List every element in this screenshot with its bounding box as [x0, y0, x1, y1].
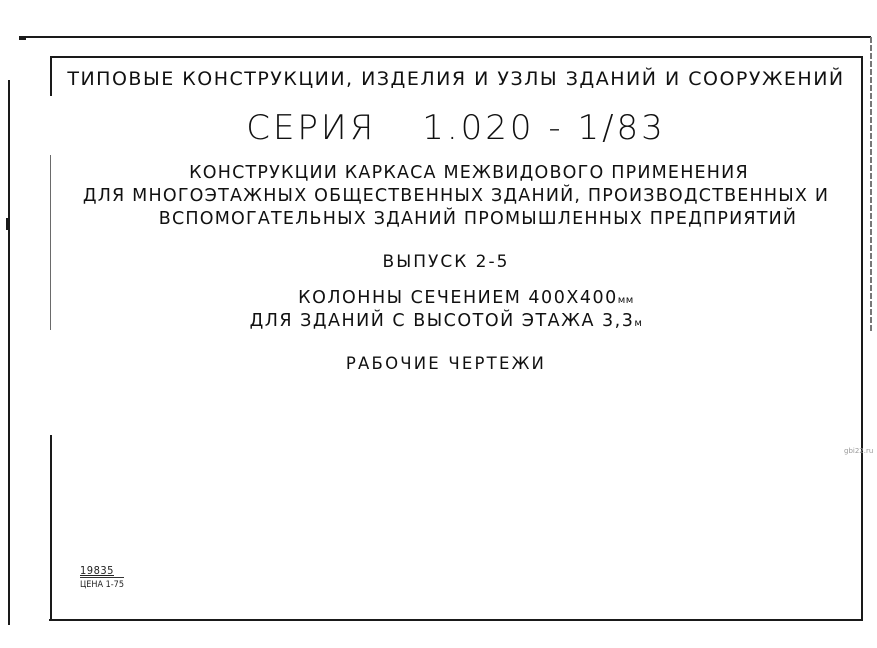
floor-height-unit: м	[634, 318, 642, 329]
price-label: ЦЕНА 1-75	[80, 577, 124, 591]
floor-height-line: ДЛЯ ЗДАНИЙ С ВЫСОТОЙ ЭТАЖА 3,3м	[40, 311, 852, 331]
outer-border-top-tick	[19, 36, 26, 40]
description-line-1: КОНСТРУКЦИИ КАРКАСА МЕЖВИДОВОГО ПРИМЕНЕН…	[63, 163, 875, 183]
issue-number: ВЫПУСК 2-5	[40, 252, 852, 272]
columns-section-text: КОЛОННЫ СЕЧЕНИЕМ 400Х400	[298, 288, 618, 308]
outer-border-left-mark	[6, 218, 10, 230]
columns-section-line: КОЛОННЫ СЕЧЕНИЕМ 400Х400мм	[60, 288, 872, 308]
outer-border-left	[8, 80, 10, 625]
catalog-stamp: 19835 ЦЕНА 1-75	[80, 565, 124, 591]
outer-border-top	[22, 36, 871, 38]
inner-border-top	[50, 56, 863, 58]
inner-border-left-bottom	[50, 435, 52, 621]
inner-border-left-mid	[50, 155, 51, 330]
series-label: СЕРИЯ	[246, 108, 376, 148]
description-line-2: ДЛЯ МНОГОЭТАЖНЫХ ОБЩЕСТВЕННЫХ ЗДАНИЙ, ПР…	[50, 186, 862, 206]
inner-border-bottom	[49, 619, 863, 621]
drawing-type: РАБОЧИЕ ЧЕРТЕЖИ	[40, 354, 852, 373]
catalog-number: 19835	[80, 565, 124, 577]
floor-height-text: ДЛЯ ЗДАНИЙ С ВЫСОТОЙ ЭТАЖА 3,3	[250, 311, 635, 331]
document-header: ТИПОВЫЕ КОНСТРУКЦИИ, ИЗДЕЛИЯ И УЗЛЫ ЗДАН…	[50, 68, 862, 90]
series-title: СЕРИЯ1.020 - 1/83	[50, 108, 862, 148]
columns-section-unit: мм	[618, 295, 634, 306]
watermark: gbi22.ru	[844, 447, 873, 455]
description-line-3: ВСПОМОГАТЕЛЬНЫХ ЗДАНИЙ ПРОМЫШЛЕННЫХ ПРЕД…	[72, 209, 877, 229]
series-number: 1.020 - 1/83	[422, 108, 666, 148]
